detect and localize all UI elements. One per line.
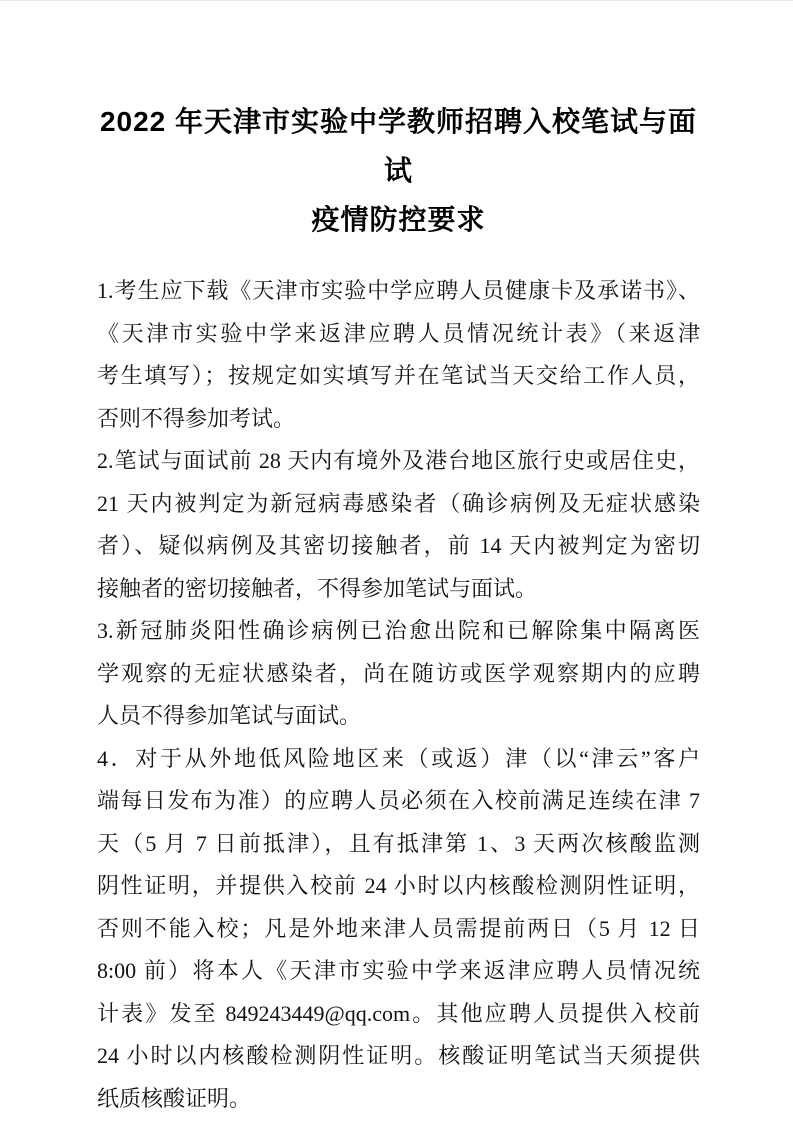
paragraph-line: 《天津市实验中学来返津应聘人员情况统计表》（来返津 [97, 313, 700, 356]
paragraph-line: 人员不得参加笔试与面试。 [97, 695, 700, 738]
title-line-2: 疫情防控要求 [97, 195, 700, 244]
document-page: 2022 年天津市实验中学教师招聘入校笔试与面试 疫情防控要求 1.考生应下载《… [0, 0, 793, 1122]
paragraph: 3.新冠肺炎阳性确诊病例已治愈出院和已解除集中隔离医学观察的无症状感染者，尚在随… [97, 610, 700, 738]
paragraph-line: 1.考生应下载《天津市实验中学应聘人员健康卡及承诺书》、 [97, 270, 700, 313]
paragraph: 1.考生应下载《天津市实验中学应聘人员健康卡及承诺书》、《天津市实验中学来返津应… [97, 270, 700, 440]
paragraph-line: 4．对于从外地低风险地区来（或返）津（以“津云”客户 [97, 738, 700, 781]
paragraph-line: 学观察的无症状感染者，尚在随访或医学观察期内的应聘 [97, 653, 700, 696]
paragraph-line: 21 天内被判定为新冠病毒感染者（确诊病例及无症状感染 [97, 483, 700, 526]
document-title: 2022 年天津市实验中学教师招聘入校笔试与面试 疫情防控要求 [97, 97, 700, 244]
paragraph-line: 天（5 月 7 日前抵津），且有抵津第 1、3 天两次核酸监测 [97, 823, 700, 866]
paragraph-line: 接触者的密切接触者，不得参加笔试与面试。 [97, 568, 700, 611]
paragraph-line: 否则不能入校；凡是外地来津人员需提前两日（5 月 12 日 [97, 908, 700, 951]
paragraph-line: 考生填写）；按规定如实填写并在笔试当天交给工作人员， [97, 355, 700, 398]
paragraph: 2.笔试与面试前 28 天内有境外及港台地区旅行史或居住史，21 天内被判定为新… [97, 440, 700, 610]
paragraph-line: 纸质核酸证明。 [97, 1078, 700, 1121]
paragraph: 4．对于从外地低风险地区来（或返）津（以“津云”客户端每日发布为准）的应聘人员必… [97, 738, 700, 1121]
paragraph-line: 阴性证明，并提供入校前 24 小时以内核酸检测阴性证明， [97, 865, 700, 908]
paragraph-line: 24 小时以内核酸检测阴性证明。核酸证明笔试当天须提供 [97, 1035, 700, 1078]
paragraph-line: 端每日发布为准）的应聘人员必须在入校前满足连续在津 7 [97, 780, 700, 823]
paragraph-line: 计表》发至 849243449@qq.com。其他应聘人员提供入校前 [97, 993, 700, 1036]
paragraph-line: 者）、疑似病例及其密切接触者，前 14 天内被判定为密切 [97, 525, 700, 568]
document-body: 1.考生应下载《天津市实验中学应聘人员健康卡及承诺书》、《天津市实验中学来返津应… [97, 270, 700, 1120]
paragraph-line: 3.新冠肺炎阳性确诊病例已治愈出院和已解除集中隔离医 [97, 610, 700, 653]
paragraph-line: 8:00 前）将本人《天津市实验中学来返津应聘人员情况统 [97, 950, 700, 993]
paragraph-line: 否则不得参加考试。 [97, 398, 700, 441]
paragraph-line: 2.笔试与面试前 28 天内有境外及港台地区旅行史或居住史， [97, 440, 700, 483]
title-line-1: 2022 年天津市实验中学教师招聘入校笔试与面试 [97, 97, 700, 195]
